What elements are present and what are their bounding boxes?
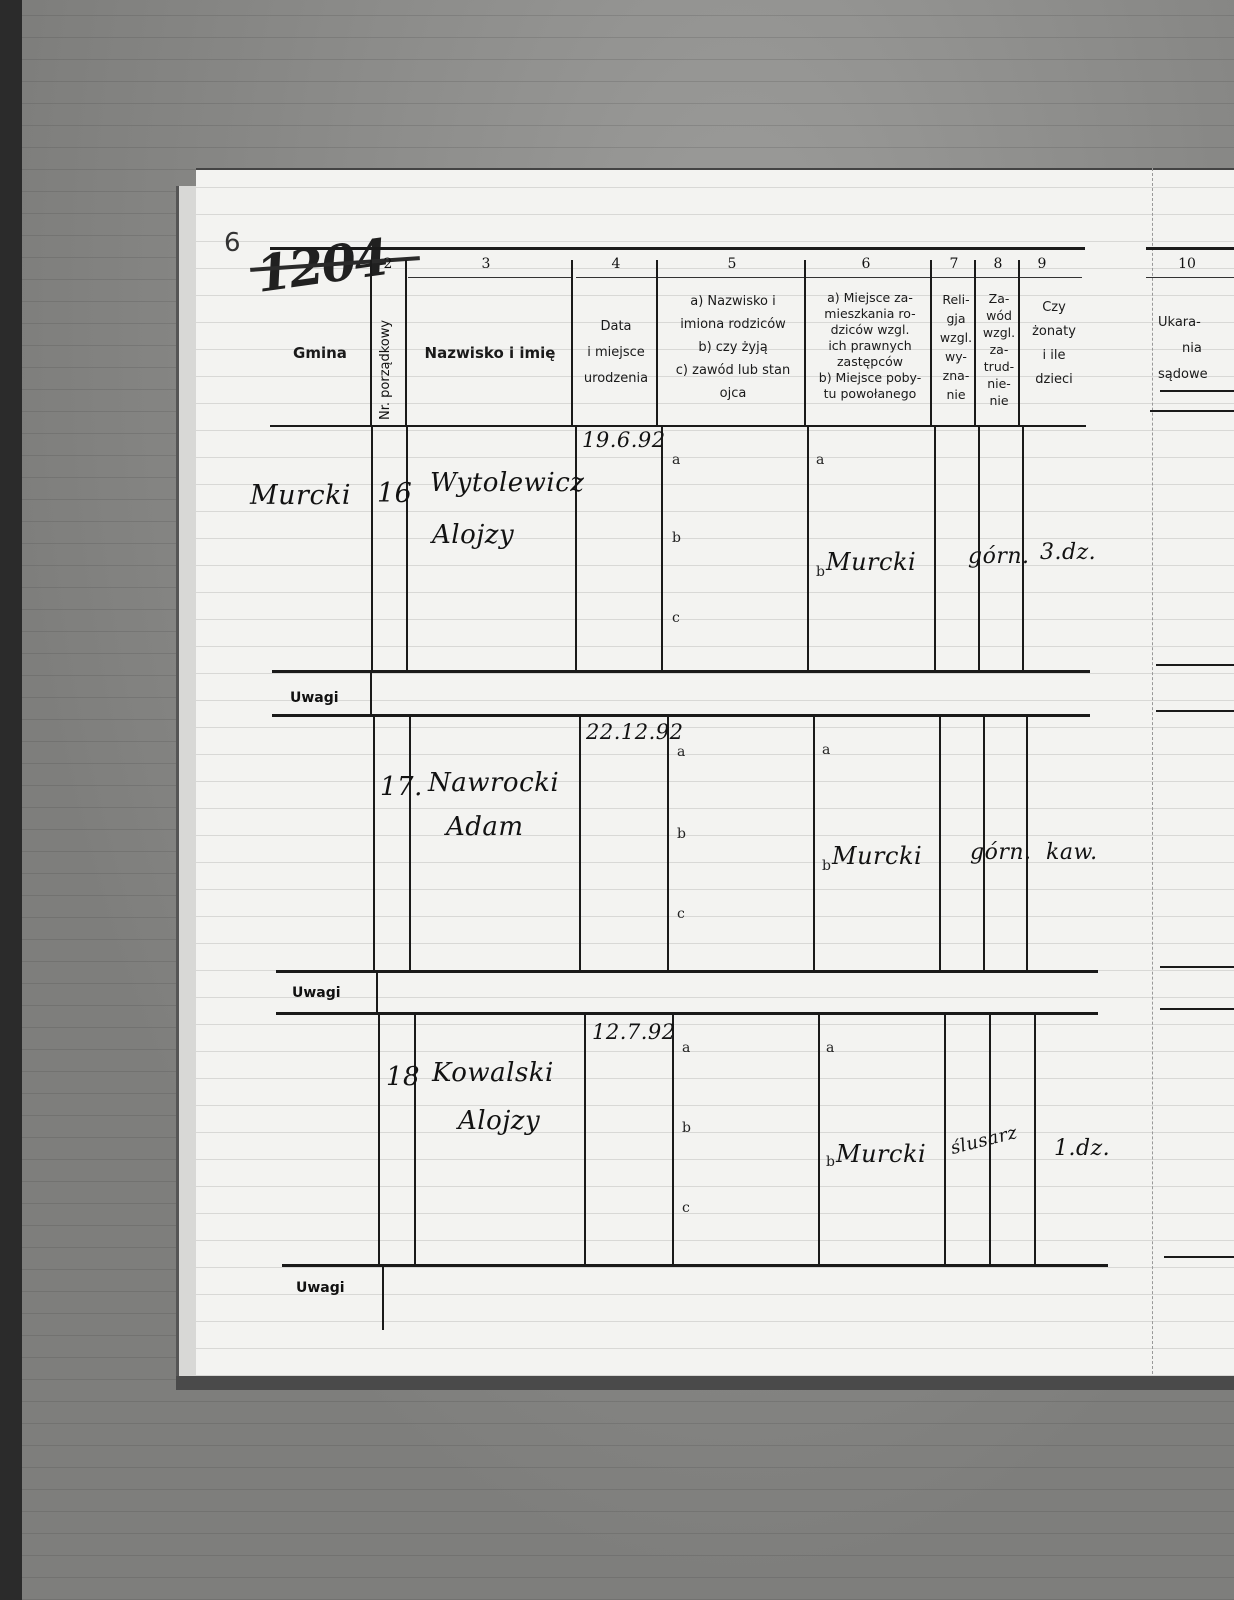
column-number-5: 5 [722,256,742,272]
surname-value: Kowalski [432,1058,554,1088]
header-line: trud- [978,358,1020,375]
header-line: i miejsce [574,344,658,361]
birth-date-value: 12.7.92 [592,1020,676,1044]
header-line: nie [934,385,978,404]
header-nr-porzadkowy: Nr. porządkowy [378,282,393,420]
header-line: dziców wzgl. [808,322,932,338]
uwagi-top-rule [272,670,1090,673]
remarks-label: Uwagi [296,1280,345,1296]
sub-label-a: a [826,1040,834,1056]
sub-label-b: b [682,1120,691,1136]
sub-label-a: a [822,742,830,758]
nr-value: 17. [380,772,423,802]
header-bottom-rule [270,425,1086,427]
header-top-rule-col10 [1146,247,1234,250]
sub-label-b: b [822,858,831,874]
surname-value: Nawrocki [428,768,559,798]
header-line: nie [978,392,1020,409]
header-line: imiona rodziców [660,313,806,336]
surname-value: Wytolewicz [430,468,584,498]
col-divider [584,1014,586,1264]
scan-edge-shadow [0,0,22,1600]
column-number-underline [408,277,573,278]
col-divider [930,260,932,425]
column-number-underline [576,277,1082,278]
residence-value: Murcki [836,1140,926,1168]
col-divider [405,260,407,425]
header-zonaty: Czy żonaty i ile dzieci [1024,296,1084,392]
nr-value: 16 [377,478,412,509]
sub-label-c: c [677,906,685,922]
uwagi-top-rule [276,970,1098,973]
col-divider [661,427,663,670]
header-rodzice: a) Nazwisko i imiona rodziców b) czy żyj… [660,290,806,405]
col-divider [579,716,581,970]
birth-date-value: 22.12.92 [586,720,684,744]
sub-label-c: c [672,610,680,626]
col-divider [409,716,411,970]
column-number-6: 6 [856,256,876,272]
sub-label-b: b [826,1154,835,1170]
col10-rule [1156,664,1234,666]
header-nazwisko-imie: Nazwisko i imię [410,345,570,362]
header-ukarania: Ukara- nia sądowe [1150,310,1234,388]
header-bottom-rule-col10 [1150,410,1234,412]
married-children-value: 1.dz. [1054,1136,1110,1161]
col-divider [378,1014,380,1264]
col-divider [370,260,372,425]
column-number-10: 10 [1172,256,1202,272]
remarks-value [386,985,1086,1005]
col-divider [813,716,815,970]
sub-label-a: a [672,452,680,468]
column-number-2: 2 [378,256,398,272]
col-divider [406,427,408,670]
col-divider [373,716,375,970]
header-line: Reli- [934,290,978,309]
header-line: ich prawnych [808,338,932,354]
sub-label-b: b [672,530,681,546]
header-line: wy- [934,347,978,366]
col-divider [934,427,936,670]
header-line: nia [1158,336,1234,362]
header-line: b) Miejsce poby- [808,370,932,386]
col-divider [656,260,658,425]
given-name-value: Alojzy [432,520,514,550]
nr-value: 18 [386,1062,420,1092]
header-miejsce-zamieszkania: a) Miejsce za- mieszkania ro- dziców wzg… [808,290,932,402]
header-line: dzieci [1024,368,1084,392]
column-number-4: 4 [606,256,626,272]
col10-rule [1160,1008,1234,1010]
header-line: i ile [1024,344,1084,368]
header-line: za- [978,341,1020,358]
given-name-value: Alojzy [458,1106,540,1136]
occupation-value: górn. [968,544,1030,569]
birth-date-value: 19.6.92 [582,428,666,452]
header-line: a) Miejsce za- [808,290,932,306]
gmina-value: Murcki [250,480,351,511]
col-divider [672,1014,674,1264]
sub-label-b: b [816,564,825,580]
sub-label-a: a [682,1040,690,1056]
header-line: Czy [1024,296,1084,320]
header-line: tu powołanego [808,386,932,402]
col-divider [818,1014,820,1264]
page-number: 6 [224,228,241,258]
uwagi-bottom-rule [272,714,1090,717]
header-line: wód [978,307,1020,324]
col-divider [571,260,573,425]
col-divider [414,1014,416,1264]
header-line: zna- [934,366,978,385]
header-line: Data [574,318,658,335]
header-line: wzgl. [934,328,978,347]
column-number-3: 3 [476,256,496,272]
married-children-value: kaw. [1046,840,1098,865]
col-divider [371,427,373,670]
header-religia: Reli- gja wzgl. wy- zna- nie [934,290,978,404]
col10-rule [1156,710,1234,712]
sub-label-b: b [677,826,686,842]
col-divider [1018,260,1020,425]
column-number-7: 7 [944,256,964,272]
header-line: wzgl. [978,324,1020,341]
col-divider [804,260,806,425]
remarks-label: Uwagi [290,690,339,706]
col10-rule [1164,1256,1234,1258]
residence-value: Murcki [832,842,922,870]
occupation-value: górn. [970,840,1032,865]
col-divider [667,716,669,970]
column-number-underline [1146,277,1234,278]
header-zawod: Za- wód wzgl. za- trud- nie- nie [978,290,1020,409]
page-bottom-shadow [176,1376,1234,1390]
col-divider [575,427,577,670]
header-top-rule [270,247,1085,250]
header-gmina: Gmina [280,345,360,362]
col-divider [807,427,809,670]
uwagi-top-rule [282,1264,1108,1267]
header-line: nie- [978,375,1020,392]
col-divider [939,716,941,970]
header-line: c) zawód lub stan [660,359,806,382]
uwagi-bottom-rule [276,1012,1098,1015]
header-line: zastępców [808,354,932,370]
header-line: urodzenia [574,370,658,387]
header-line: b) czy żyją [660,336,806,359]
col-divider [1034,1014,1036,1264]
header-data-urodzenia: Data i miejsce urodzenia [574,318,658,387]
remarks-value [380,690,1080,710]
residence-value: Murcki [826,548,916,576]
header-line: mieszkania ro- [808,306,932,322]
col10-rule [1160,390,1234,392]
remarks-label: Uwagi [292,985,341,1001]
married-children-value: 3.dz. [1040,540,1096,565]
remarks-divider [382,1266,384,1330]
col-divider [974,260,976,425]
header-line: żonaty [1024,320,1084,344]
sub-label-c: c [682,1200,690,1216]
sub-label-a: a [677,744,685,760]
sub-label-a: a [816,452,824,468]
col-divider [944,1014,946,1264]
header-line: sądowe [1158,362,1234,388]
header-line: Za- [978,290,1020,307]
header-line: Ukara- [1158,310,1234,336]
remarks-value [392,1280,1092,1300]
column-number-8: 8 [988,256,1008,272]
column-number-9: 9 [1032,256,1052,272]
header-line: ojca [660,382,806,405]
remarks-divider [370,672,372,714]
header-line: gja [934,309,978,328]
col10-rule [1160,966,1234,968]
header-line: a) Nazwisko i [660,290,806,313]
given-name-value: Adam [446,812,524,842]
remarks-divider [376,972,378,1014]
